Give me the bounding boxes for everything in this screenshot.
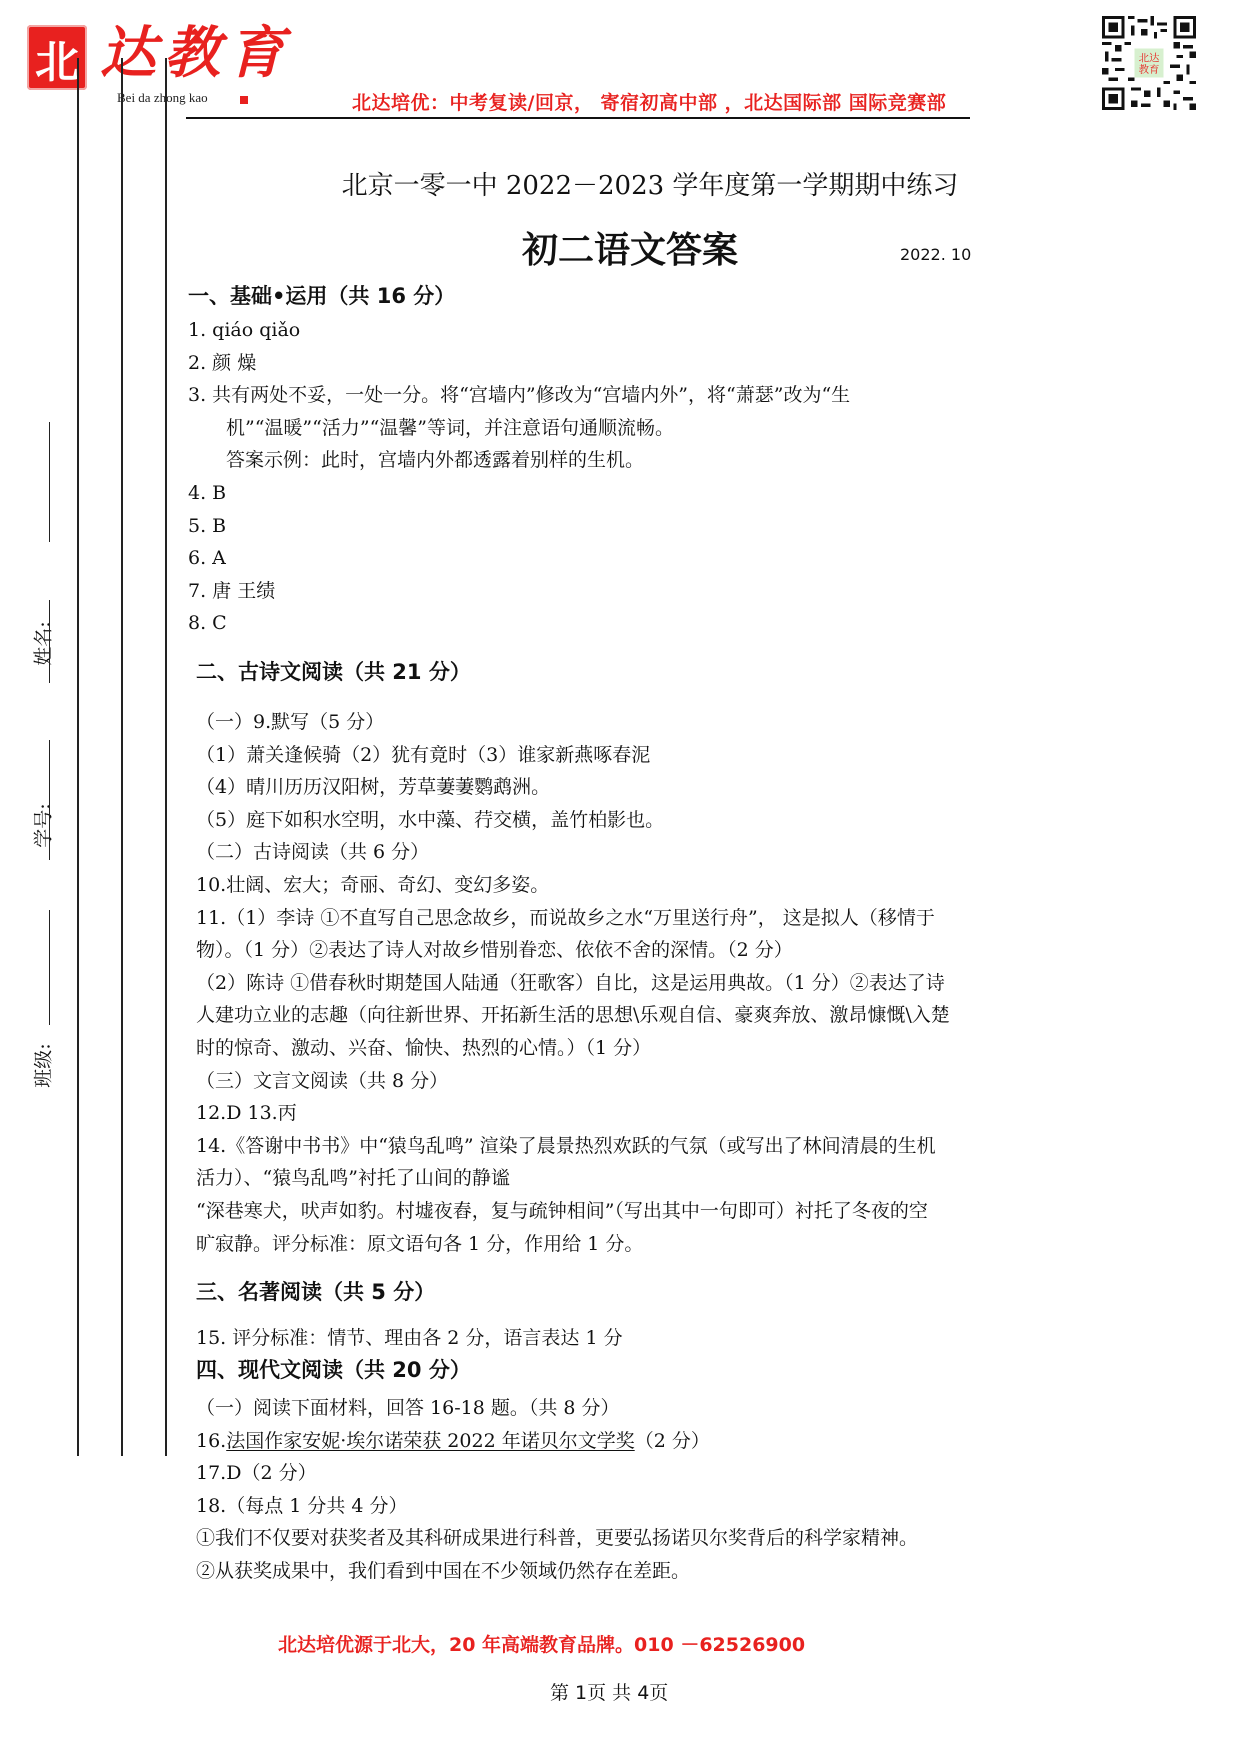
- answer-line: （5）庭下如积水空明，水中藻、荇交横，盖竹柏影也。: [196, 804, 1076, 837]
- answer-line: 1. qiáo qiǎo: [188, 314, 1088, 347]
- answer-line: 15. 评分标准：情节、理由各 2 分，语言表达 1 分: [196, 1322, 623, 1355]
- section-basics: 一、基础•运用（共 16 分）: [188, 280, 1088, 313]
- answer-line: 11.（1）李诗 ①不直写自己思念故乡，而说故乡之水“万里送行舟”， 这是拟人（…: [196, 902, 1076, 935]
- answer-line: 2. 颜 燥: [188, 347, 1088, 380]
- logo-square-mark: [240, 96, 248, 104]
- answer-line: （一）9.默写（5 分）: [196, 706, 1076, 739]
- answer-line: 18.（每点 1 分共 4 分）: [196, 1490, 1076, 1523]
- answer-line: “深巷寒犬，吠声如豹。村墟夜舂，复与疏钟相间”（写出其中一句即可）衬托了冬夜的空: [196, 1195, 1076, 1228]
- header-slogan: 北达培优：中考复读/回京， 寄宿初高中部 ，北达国际部 国际竞赛部: [352, 88, 946, 115]
- section-modern-answers: （一）阅读下面材料，回答 16-18 题。（共 8 分） 16.法国作家安妮·埃…: [196, 1392, 1076, 1588]
- logo-seal-char: 北: [35, 26, 79, 90]
- answer-line: 3. 共有两处不妥，一处一分。将“宫墙内”修改为“宫墙内外”，将“萧瑟”改为“生: [188, 379, 1088, 412]
- q16-score: （2 分）: [635, 1430, 710, 1452]
- binding-line: [121, 58, 123, 1456]
- section-classical-answers: （一）9.默写（5 分） （1）萧关逢候骑（2）犹有竟时（3）谁家新燕啄春泥 （…: [196, 706, 1076, 1260]
- section-heading: 四、现代文阅读（共 20 分）: [196, 1354, 471, 1384]
- answer-line: （1）萧关逢候骑（2）犹有竟时（3）谁家新燕啄春泥: [196, 739, 1076, 772]
- q16-number: 16.: [196, 1430, 226, 1452]
- name-field-line[interactable]: [49, 422, 50, 542]
- answer-line: 17.D（2 分）: [196, 1457, 1076, 1490]
- section-basics-answers: 1. qiáo qiǎo 2. 颜 燥 3. 共有两处不妥，一处一分。将“宫墙内…: [188, 314, 1088, 640]
- binding-line: [77, 58, 79, 1456]
- answer-line: （一）阅读下面材料，回答 16-18 题。（共 8 分）: [196, 1392, 1076, 1425]
- answer-line: 8. C: [188, 607, 1088, 640]
- q16-underlined-answer: 法国作家安妮·埃尔诺荣获 2022 年诺贝尔文学奖: [226, 1430, 634, 1452]
- name-field-line-lower[interactable]: [49, 600, 50, 683]
- class-label: 班级:: [29, 1043, 56, 1087]
- svg-text:教育: 教育: [1139, 63, 1160, 76]
- section-heading: 三、名著阅读（共 5 分）: [196, 1276, 435, 1306]
- logo-subtitle: Bei da zhong kao: [117, 90, 208, 106]
- header-rule: [186, 117, 970, 119]
- section-heading: 二、古诗文阅读（共 21 分）: [196, 656, 471, 686]
- class-field-line[interactable]: [49, 910, 50, 1025]
- section-heading: 一、基础•运用（共 16 分）: [188, 280, 1088, 313]
- answer-line-q16: 16.法国作家安妮·埃尔诺荣获 2022 年诺贝尔文学奖（2 分）: [196, 1425, 1076, 1458]
- page-indicator: 第 1页 共 4页: [550, 1678, 668, 1705]
- exam-date: 2022. 10: [900, 245, 971, 264]
- answer-line: 7. 唐 王绩: [188, 575, 1088, 608]
- answer-line: 6. A: [188, 542, 1088, 575]
- answer-line: ①我们不仅要对获奖者及其科研成果进行科普，更要弘扬诺贝尔奖背后的科学家精神。: [196, 1522, 1076, 1555]
- answer-line: 4. B: [188, 477, 1088, 510]
- logo-text: 达教育: [100, 18, 292, 88]
- student-id-label: 学号:: [29, 803, 56, 847]
- answer-line: 物）。（1 分）②表达了诗人对故乡惜别眷恋、依依不舍的深情。（2 分）: [196, 934, 1076, 967]
- answer-line: 5. B: [188, 510, 1088, 543]
- answer-line: 活力）、“猿鸟乱鸣”衬托了山间的静谧: [196, 1162, 1076, 1195]
- answer-line: （二）古诗阅读（共 6 分）: [196, 836, 1076, 869]
- exam-title: 北京一零一中 2022－2023 学年度第一学期期中练习: [0, 165, 1240, 202]
- student-id-field-line[interactable]: [49, 740, 50, 860]
- qr-code-icon: 北达 教育: [1102, 15, 1196, 111]
- section-classics-answers: 15. 评分标准：情节、理由各 2 分，语言表达 1 分: [196, 1322, 623, 1355]
- answer-line: 答案示例：此时，宫墙内外都透露着别样的生机。: [188, 444, 1088, 477]
- binding-line: [165, 58, 167, 1456]
- answer-line: 14.《答谢中书书》中“猿鸟乱鸣” 渲染了晨景热烈欢跃的气氛（或写出了林间清晨的…: [196, 1130, 1076, 1163]
- footer-brand-line: 北达培优源于北大，20 年高端教育品牌。010 －62526900: [278, 1630, 805, 1657]
- name-label: 姓名:: [29, 621, 56, 665]
- answer-line: 12.D 13.丙: [196, 1097, 1076, 1130]
- svg-text:北达: 北达: [1139, 51, 1160, 64]
- answer-line: ②从获奖成果中，我们看到中国在不少领域仍然存在差距。: [196, 1555, 1076, 1588]
- answer-line: 人建功立业的志趣（向往新世界、开拓新生活的思想\乐观自信、豪爽奔放、激昂慷慨\入…: [196, 999, 1076, 1032]
- answer-line: 10.壮阔、宏大；奇丽、奇幻、变幻多姿。: [196, 869, 1076, 902]
- answer-line: 机”“温暖”“活力”“温馨”等词，并注意语句通顺流畅。: [188, 412, 1088, 445]
- answer-line: 时的惊奇、激动、兴奋、愉快、热烈的心情。）（1 分）: [196, 1032, 1076, 1065]
- answer-key-title: 初二语文答案: [522, 222, 738, 273]
- answer-line: （2）陈诗 ①借春秋时期楚国人陆通（狂歌客）自比，这是运用典故。（1 分）②表达…: [196, 967, 1076, 1000]
- answer-line: （4）晴川历历汉阳树，芳草萋萋鹦鹉洲。: [196, 771, 1076, 804]
- answer-line: 旷寂静。评分标准：原文语句各 1 分，作用给 1 分。: [196, 1228, 1076, 1261]
- answer-line: （三）文言文阅读（共 8 分）: [196, 1065, 1076, 1098]
